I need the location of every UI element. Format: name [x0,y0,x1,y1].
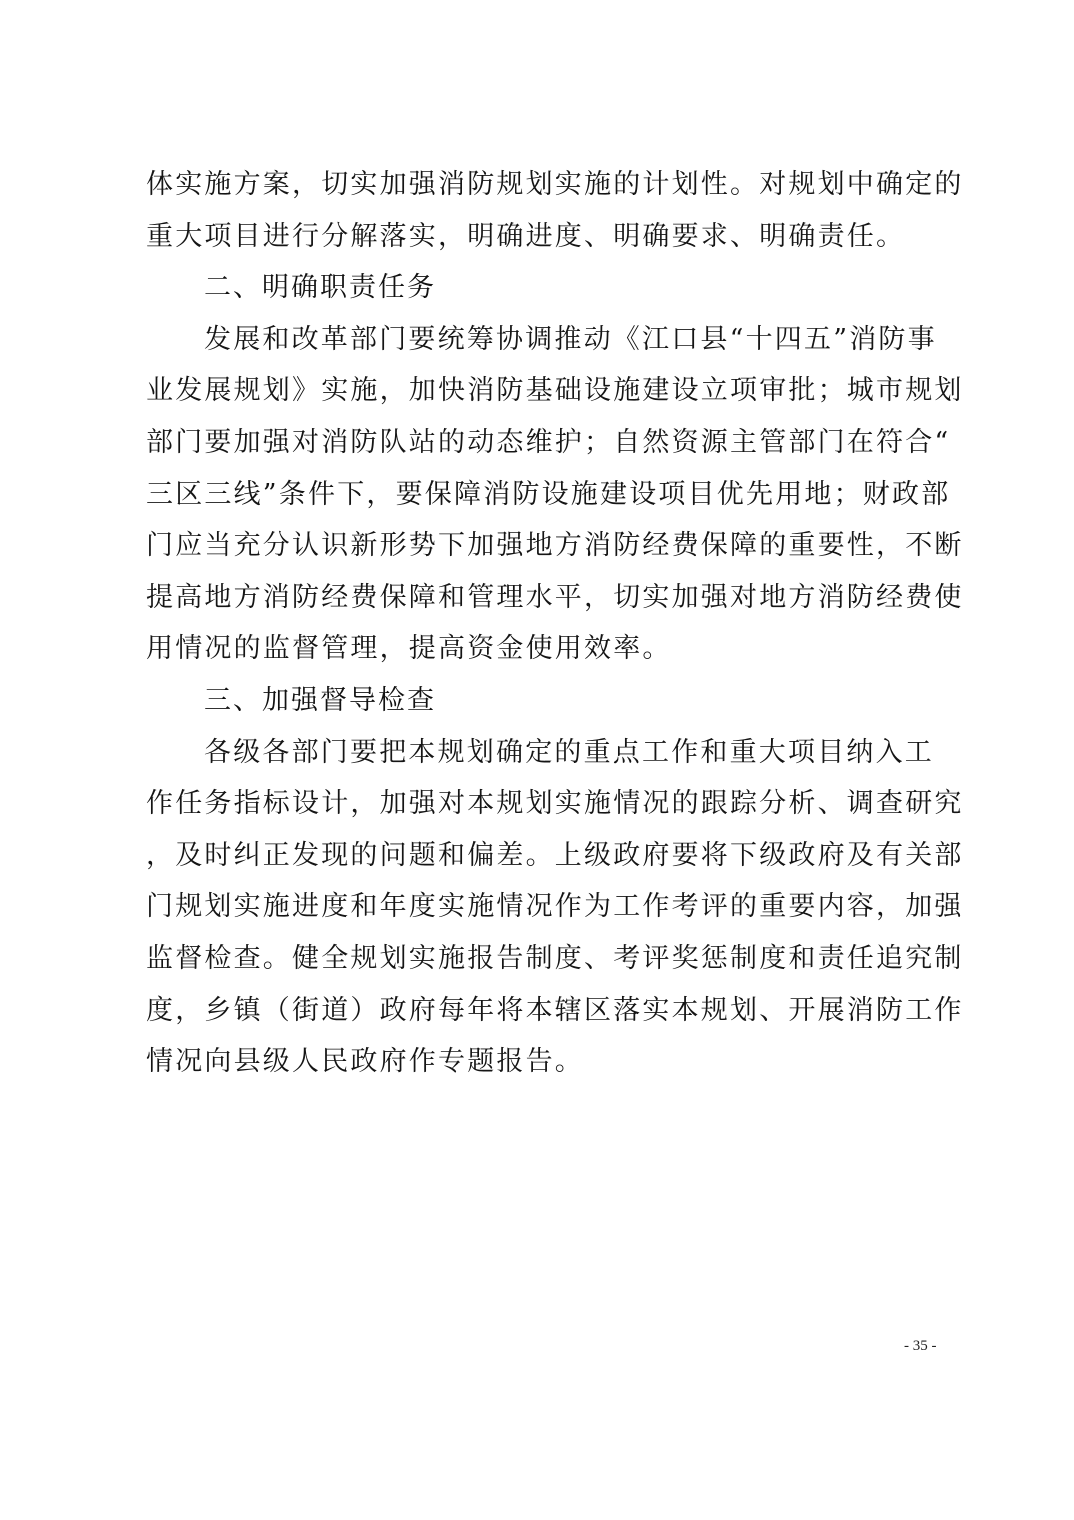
body-line: 业发展规划》实施，加快消防基础设施建设立项审批；城市规划 [146,365,942,417]
body-line: 情况向县级人民政府作专题报告。 [146,1036,942,1088]
body-line: 监督检查。健全规划实施报告制度、考评奖惩制度和责任追究制 [146,933,942,985]
body-line: 发展和改革部门要统筹协调推动《江口县“十四五”消防事 [146,314,942,366]
body-line: 重大项目进行分解落实，明确进度、明确要求、明确责任。 [146,211,942,263]
document-page: 体实施方案，切实加强消防规划实施的计划性。对规划中确定的 重大项目进行分解落实，… [0,0,1074,1520]
body-line: 体实施方案，切实加强消防规划实施的计划性。对规划中确定的 [146,159,942,211]
section-heading-responsibilities: 二、明确职责任务 [146,262,942,314]
body-line: 作任务指标设计，加强对本规划实施情况的跟踪分析、调查研究 [146,778,942,830]
body-line: 部门要加强对消防队站的动态维护；自然资源主管部门在符合“ [146,417,942,469]
document-body: 体实施方案，切实加强消防规划实施的计划性。对规划中确定的 重大项目进行分解落实，… [146,159,942,1088]
body-line: 门应当充分认识新形势下加强地方消防经费保障的重要性，不断 [146,520,942,572]
body-line: 提高地方消防经费保障和管理水平，切实加强对地方消防经费使 [146,572,942,624]
body-line: ，及时纠正发现的问题和偏差。上级政府要将下级政府及有关部 [146,830,942,882]
section-heading-supervision: 三、加强督导检查 [146,675,942,727]
body-line: 用情况的监督管理，提高资金使用效率。 [146,623,942,675]
body-line: 各级各部门要把本规划确定的重点工作和重大项目纳入工 [146,727,942,779]
body-line: 门规划实施进度和年度实施情况作为工作考评的重要内容，加强 [146,881,942,933]
body-line: 度，乡镇（街道）政府每年将本辖区落实本规划、开展消防工作 [146,985,942,1037]
page-number: - 35 - [904,1338,937,1355]
body-line: 三区三线”条件下，要保障消防设施建设项目优先用地；财政部 [146,469,942,521]
